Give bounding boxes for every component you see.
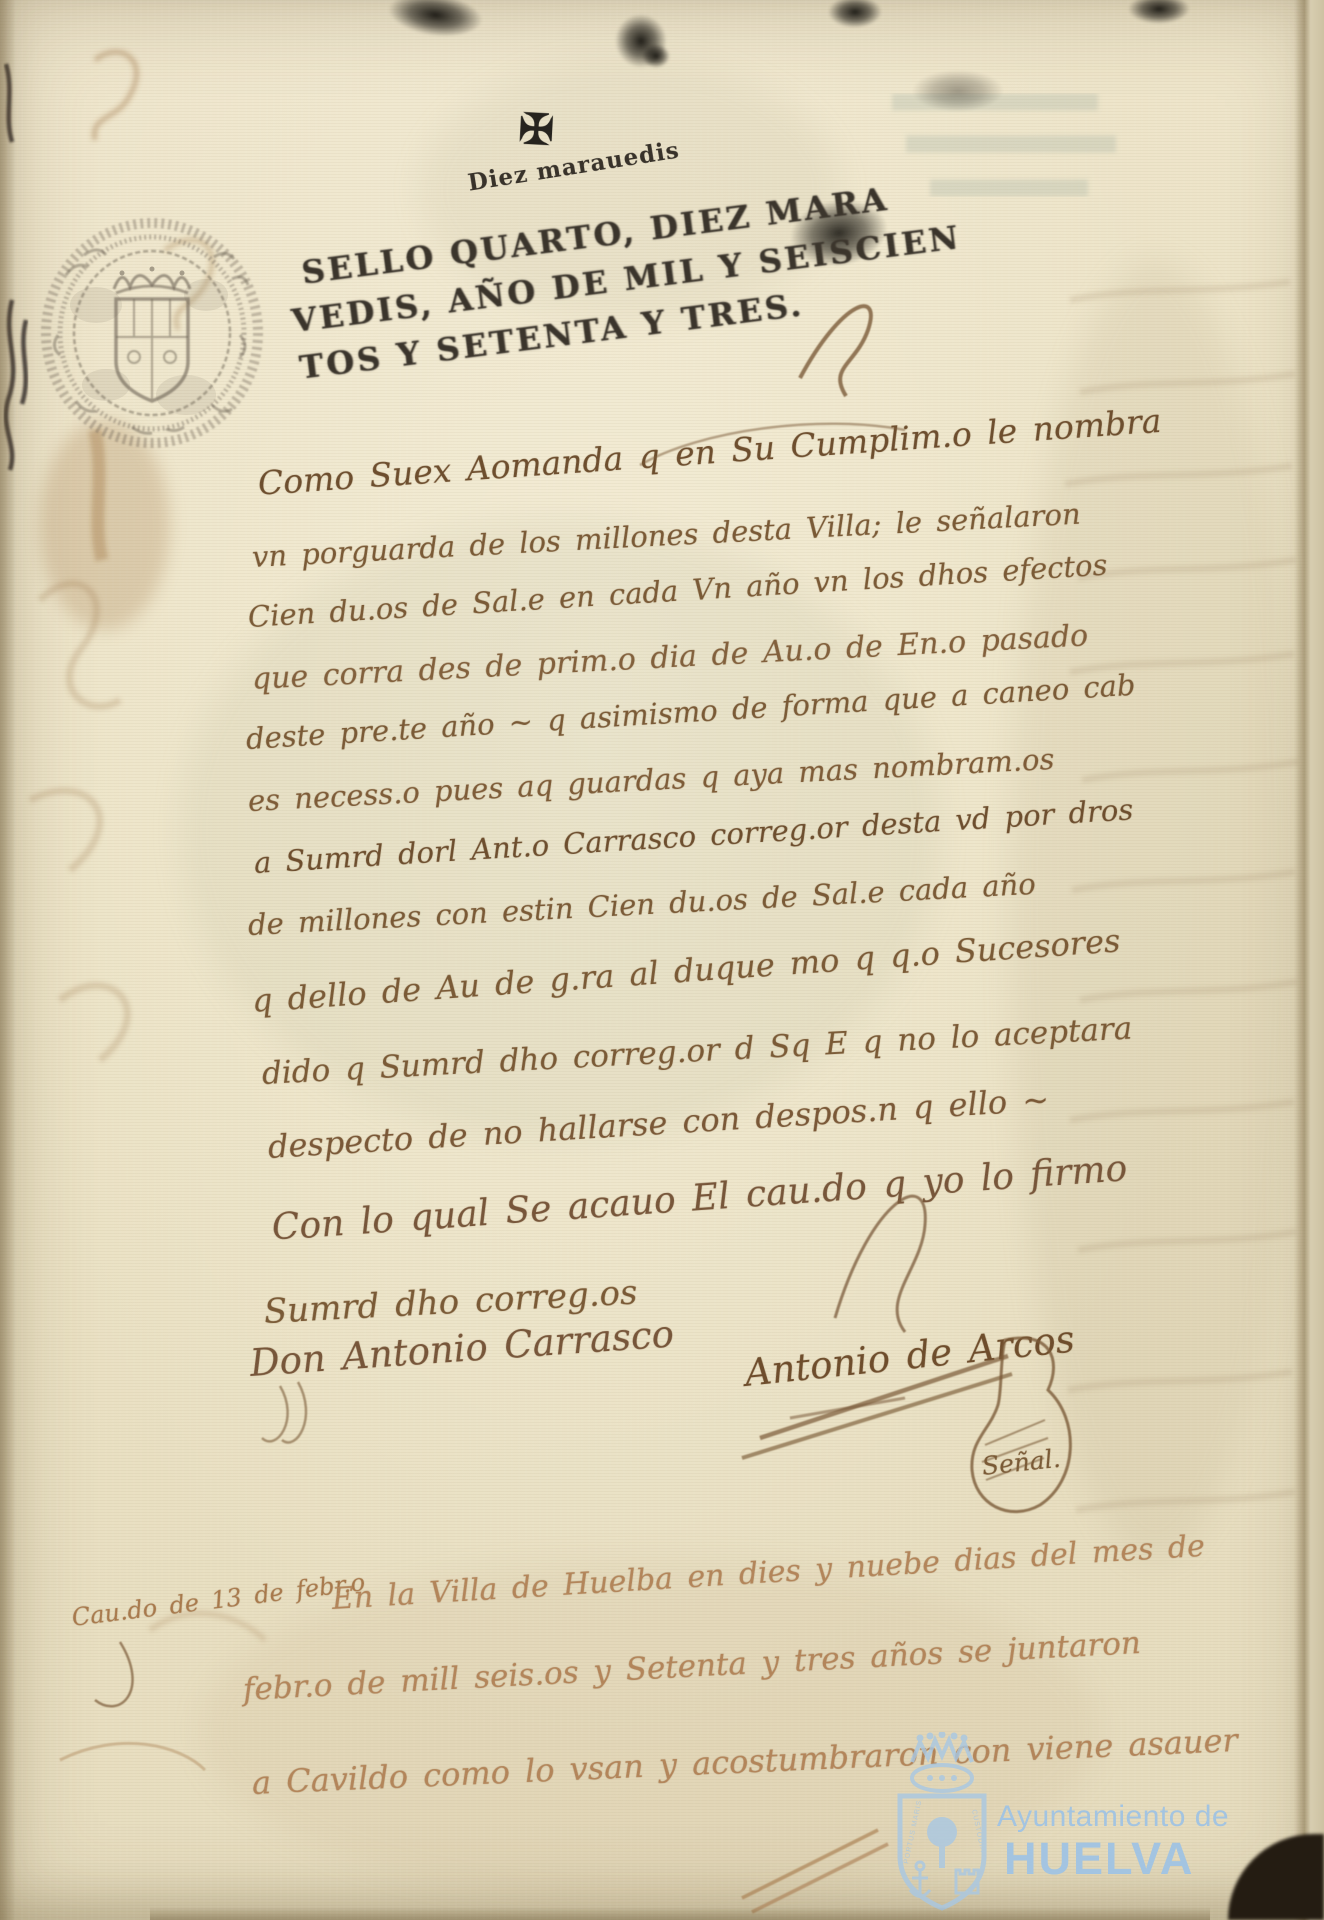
page-right-edge [1294,0,1324,1920]
maltese-cross-mark: ✠ [517,104,555,155]
manuscript-line: En la Villa de Huelba en dies y nuebe di… [331,1529,1206,1617]
manuscript-line: de millones con estin Cien du.os de Sal.… [247,867,1036,942]
paper-stain [40,420,170,630]
page-corner-backdrop [1228,1834,1324,1920]
margin-note: Cau.do de 13 de febr.o [70,1568,366,1632]
manuscript-line: dido q Sumrd dho correg.or d Sq E q no l… [261,1010,1133,1092]
ink-smudge [386,0,486,42]
huelva-coat-of-arms-watermark: PORTUS MARIS CUSTODIA [882,1732,1002,1920]
fiscal-stamp-text: SELLO QUARTO, DIEZ MARA VEDIS, AÑO DE MI… [283,167,970,391]
manuscript-line: Con lo qual Se acauo El cau.do q yo lo f… [271,1148,1129,1249]
page-binding-edge [0,0,16,1920]
signature-rubric-caption: Señal. [980,1444,1061,1481]
ink-smudge [642,44,670,68]
page-bottom-shadow [150,1907,1210,1920]
ink-smudge [828,0,882,28]
paper-stain [1010,260,1300,1560]
manuscript-line: febr.o de mill seis.os y Setenta y tres … [242,1625,1142,1708]
royal-seal-stamp [36,215,268,450]
ink-smudge [912,70,1004,112]
manuscript-line: a Cavildo como lo vsan y acostumbraron c… [251,1721,1238,1802]
ink-smudge [609,9,673,74]
manuscript-line: despecto de no hallarse con despos.n q e… [267,1080,1050,1166]
manuscript-page: ✠ Diez marauedis SELLO QUARTO, DIEZ MARA… [0,0,1324,1920]
manuscript-line: q dello de Au de g.ra al duque mo q q.o … [251,921,1122,1020]
signature-right: Antonio de Arcos [743,1318,1077,1395]
watermark-org-name: Ayuntamiento de [997,1800,1229,1834]
manuscript-line: Como Suex Aomanda q en Su Cumplim.o le n… [257,401,1163,503]
watermark-city-name: HUELVA [1004,1833,1194,1885]
tax-value-label: Diez marauedis [466,137,681,197]
watermark-motto-left: PORTUS MARIS [903,1799,923,1864]
ink-smudge [1128,0,1190,24]
